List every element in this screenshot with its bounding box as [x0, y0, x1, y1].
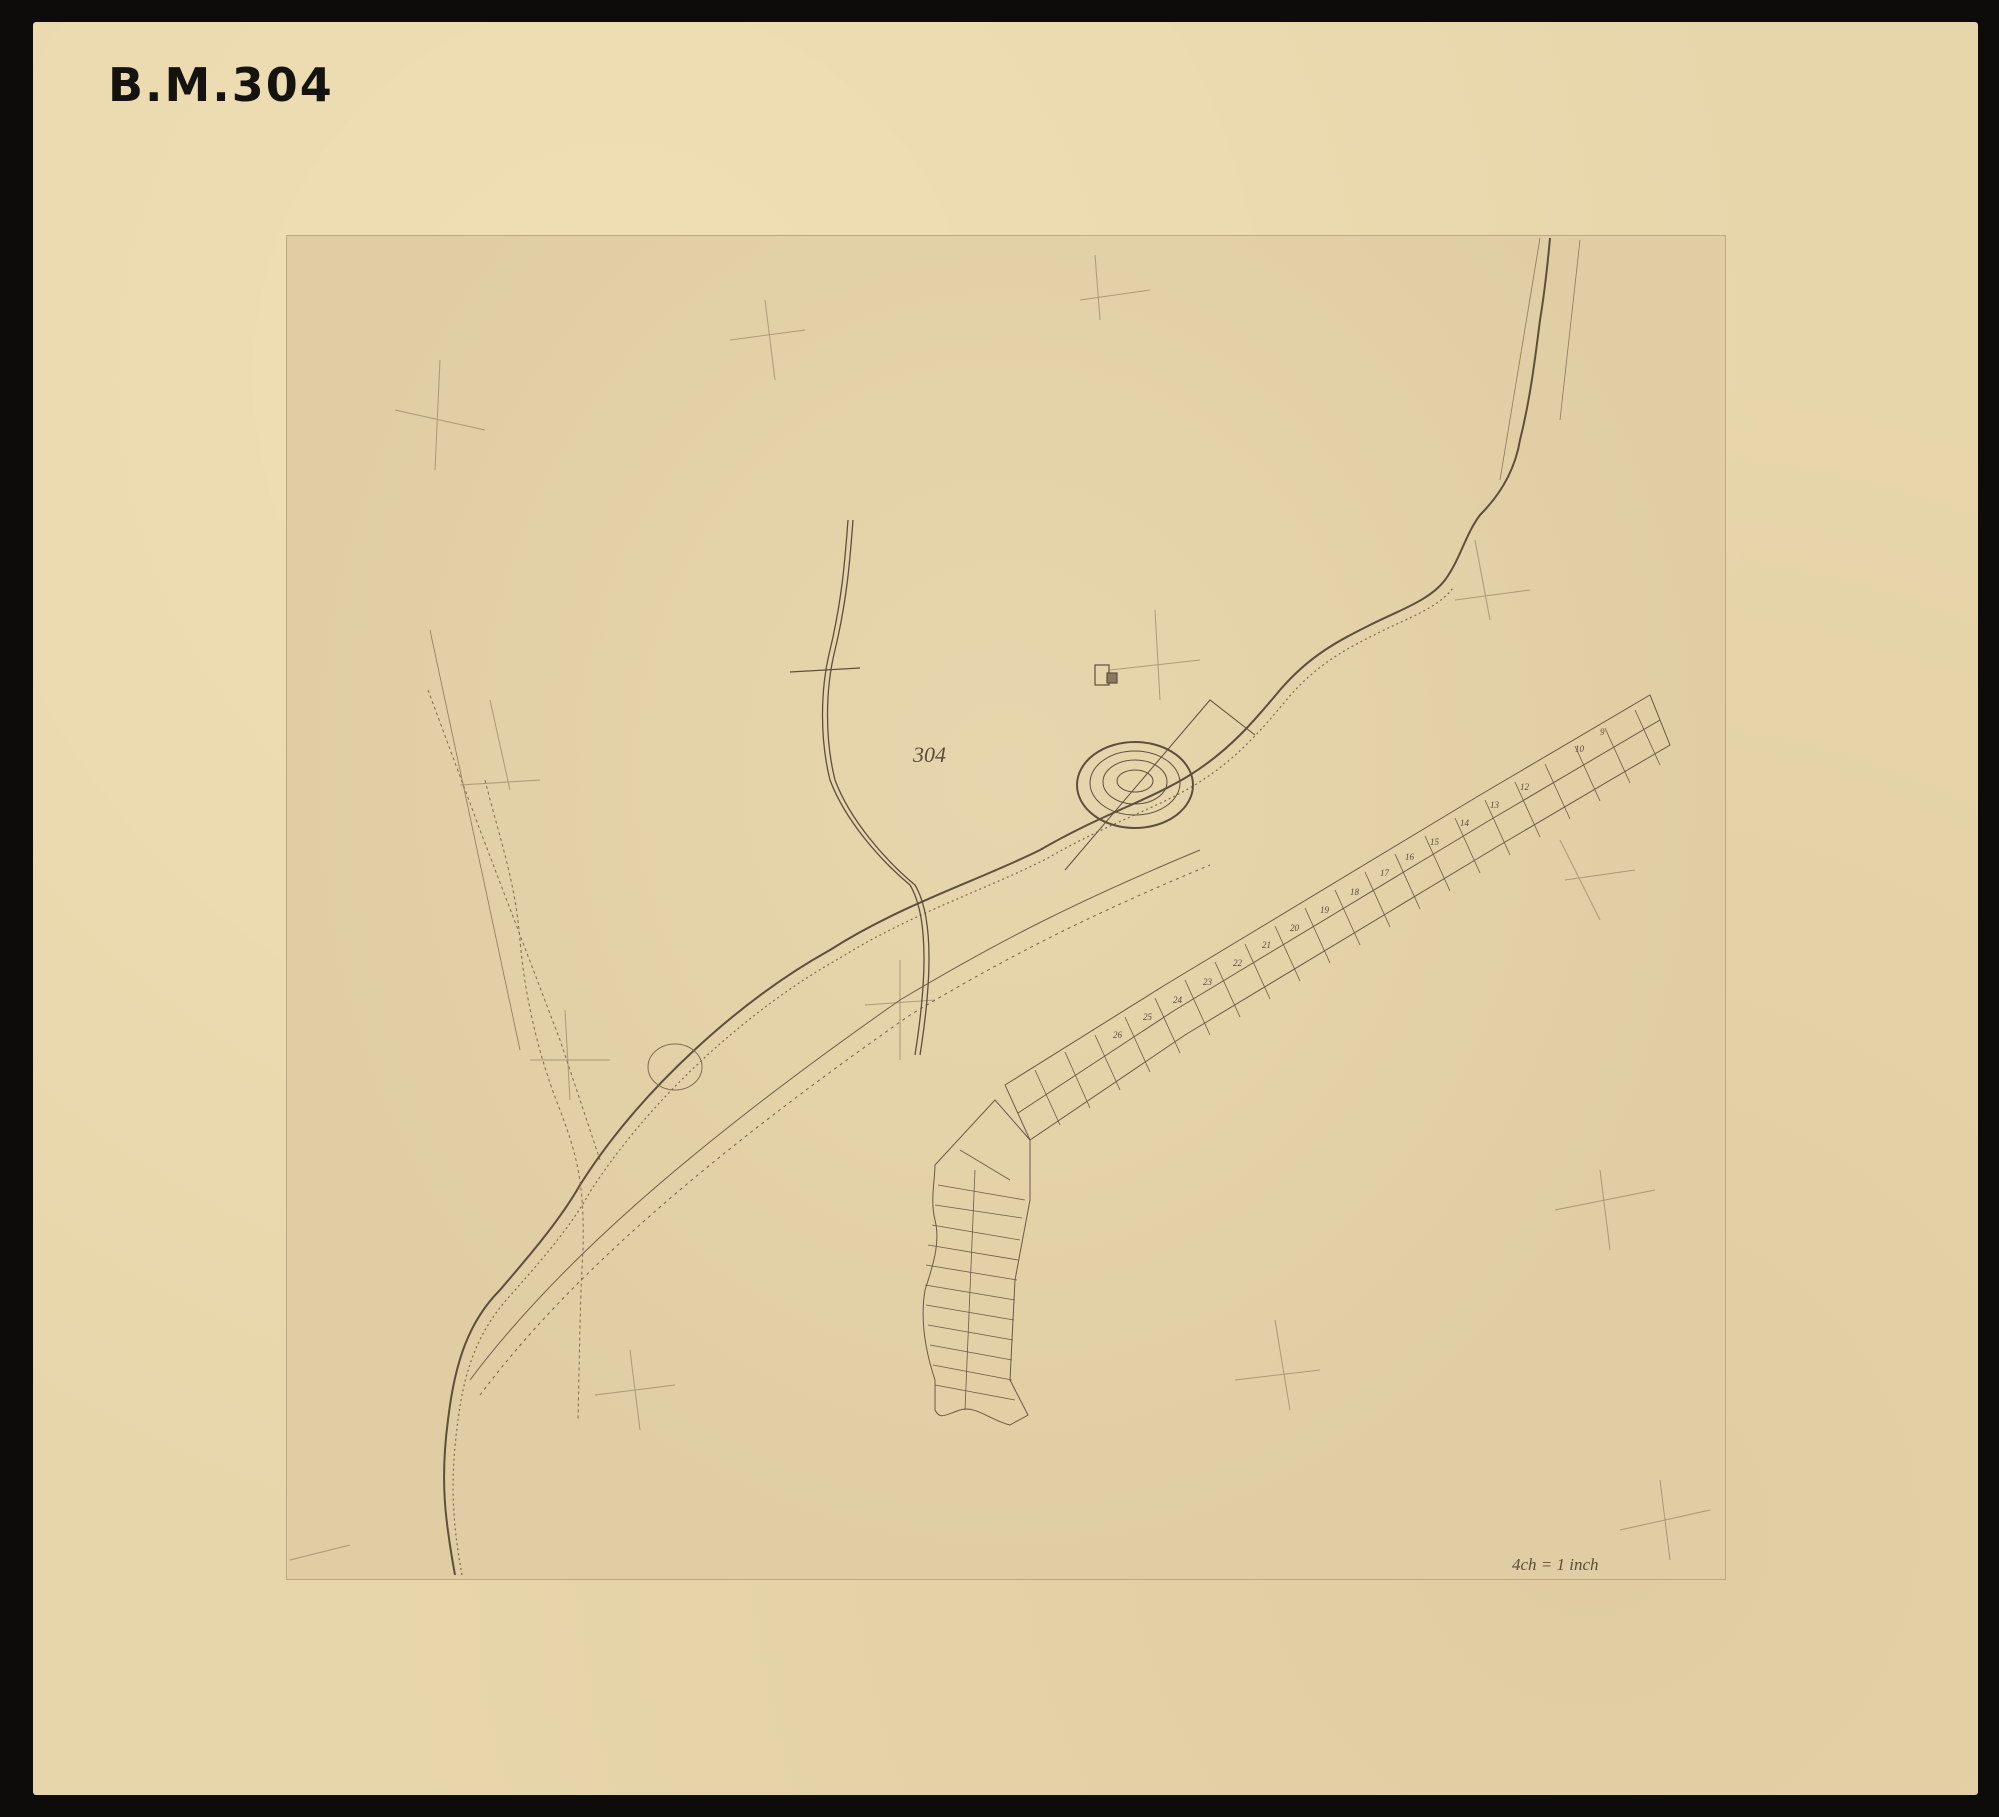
section-label: 304	[913, 742, 946, 768]
svg-text:19: 19	[1320, 905, 1330, 915]
svg-text:17: 17	[1380, 868, 1390, 878]
svg-text:14: 14	[1460, 818, 1470, 828]
hill	[1065, 700, 1255, 870]
river	[444, 238, 1550, 1575]
town-lots-strip: 910 121314 151617 181920 212223 242526	[1005, 695, 1670, 1140]
survey-lines	[430, 238, 1580, 1050]
scale-note: 4ch = 1 inch	[1512, 1555, 1599, 1575]
svg-text:23: 23	[1203, 977, 1213, 987]
svg-text:26: 26	[1113, 1030, 1123, 1040]
svg-text:12: 12	[1520, 782, 1530, 792]
svg-text:13: 13	[1490, 800, 1500, 810]
svg-text:21: 21	[1262, 940, 1271, 950]
svg-text:18: 18	[1350, 887, 1360, 897]
svg-text:16: 16	[1405, 852, 1415, 862]
svg-text:24: 24	[1173, 995, 1183, 1005]
svg-text:20: 20	[1290, 923, 1300, 933]
grid-crosses	[290, 255, 1710, 1560]
map-drawing: 910 121314 151617 181920 212223 242526	[0, 0, 1999, 1817]
svg-text:15: 15	[1430, 837, 1440, 847]
building	[1095, 665, 1117, 685]
svg-text:22: 22	[1233, 958, 1243, 968]
svg-text:10: 10	[1575, 744, 1585, 754]
svg-text:9: 9	[1600, 727, 1605, 737]
west-creek	[428, 690, 600, 1420]
road	[470, 850, 1210, 1395]
svg-text:25: 25	[1143, 1012, 1153, 1022]
town-lots-south	[923, 1100, 1030, 1425]
